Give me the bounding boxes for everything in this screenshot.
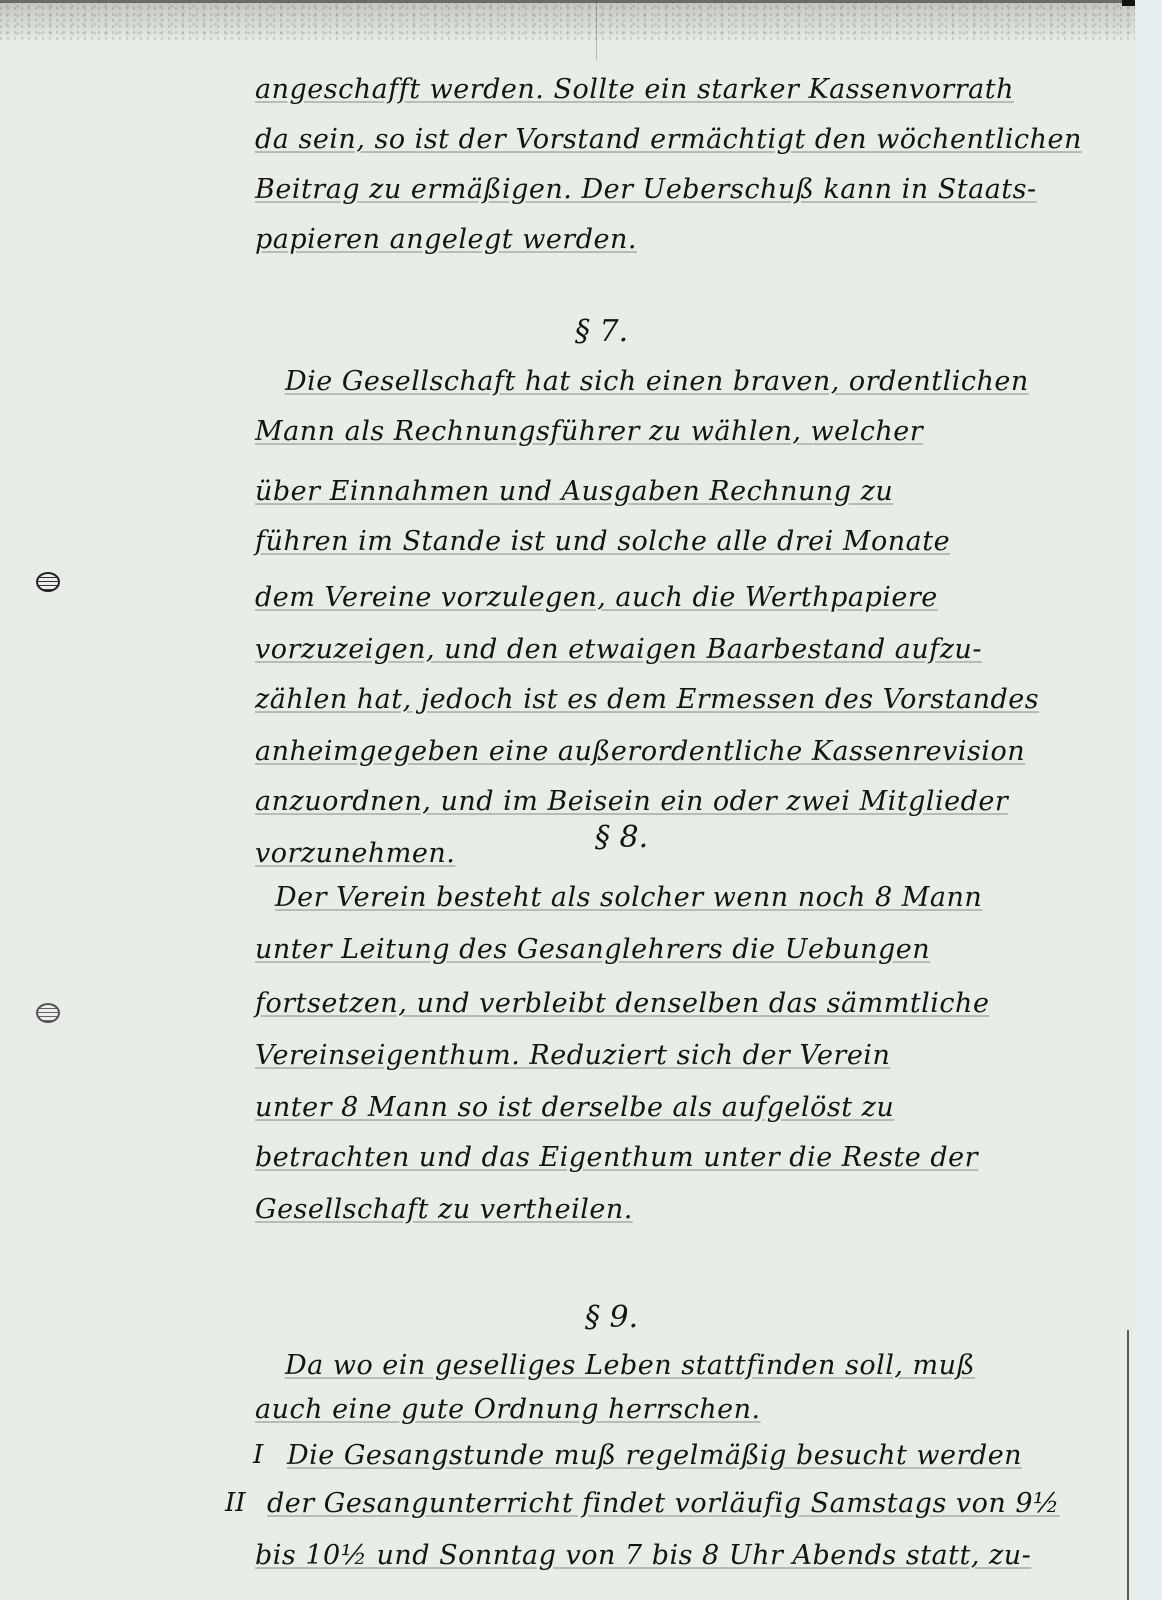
text-line: Gesellschaft zu vertheilen. [255, 1194, 633, 1225]
text-line: papieren angelegt werden. [255, 224, 637, 255]
text-line: Beitrag zu ermäßigen. Der Ueberschuß kan… [255, 174, 1037, 205]
list-item-text: Die Gesangstunde muß regelmäßig besucht … [287, 1440, 1022, 1471]
section-heading: § 7. [575, 314, 628, 349]
text-line: zählen hat, jedoch ist es dem Ermessen d… [255, 684, 1039, 715]
text-line: dem Vereine vorzulegen, auch die Werthpa… [255, 582, 938, 613]
list-marker: I [253, 1440, 263, 1470]
text-line: bis 10½ und Sonntag von 7 bis 8 Uhr Aben… [255, 1540, 1031, 1571]
text-line: vorzunehmen. [255, 838, 455, 869]
text-line: unter 8 Mann so ist derselbe als aufgelö… [255, 1092, 894, 1123]
text-line: Die Gesellschaft hat sich einen braven, … [285, 366, 1029, 397]
list-item-text: der Gesangunterricht findet vorläufig Sa… [267, 1488, 1060, 1519]
text-line: führen im Stande ist und solche alle dre… [255, 526, 950, 557]
section-heading: § 9. [585, 1300, 638, 1335]
text-line: unter Leitung des Gesanglehrers die Uebu… [255, 934, 930, 965]
binder-hole-icon [36, 572, 60, 592]
text-line: über Einnahmen und Ausgaben Rechnung zu [255, 476, 893, 507]
paper-fold-line [596, 0, 597, 60]
paper-right-edge [1127, 1330, 1129, 1600]
text-line: anzuordnen, und im Beisein ein oder zwei… [255, 786, 1008, 817]
text-line: Der Verein besteht als solcher wenn noch… [275, 882, 982, 913]
scan-top-noise [0, 0, 1162, 40]
list-marker: II [225, 1488, 246, 1518]
text-line: vorzuzeigen, und den etwaigen Baarbestan… [255, 634, 982, 665]
scan-top-edge [0, 0, 1162, 3]
text-line: anheimgegeben eine außerordentliche Kass… [255, 736, 1025, 767]
section-heading: § 8. [595, 820, 648, 855]
scan-right-margin [1135, 0, 1162, 1600]
text-line: betrachten und das Eigenthum unter die R… [255, 1142, 978, 1173]
text-line: Vereinseigenthum. Reduziert sich der Ver… [255, 1040, 890, 1071]
text-line: Da wo ein geselliges Leben stattfinden s… [285, 1350, 975, 1381]
text-line: fortsetzen, und verbleibt denselben das … [255, 988, 989, 1019]
text-line: angeschafft werden. Sollte ein starker K… [255, 74, 1014, 105]
text-line: da sein, so ist der Vorstand ermächtigt … [255, 124, 1082, 155]
text-line: Mann als Rechnungsführer zu wählen, welc… [255, 416, 923, 447]
binder-hole-icon [36, 1003, 60, 1023]
text-line: auch eine gute Ordnung herrschen. [255, 1394, 761, 1425]
